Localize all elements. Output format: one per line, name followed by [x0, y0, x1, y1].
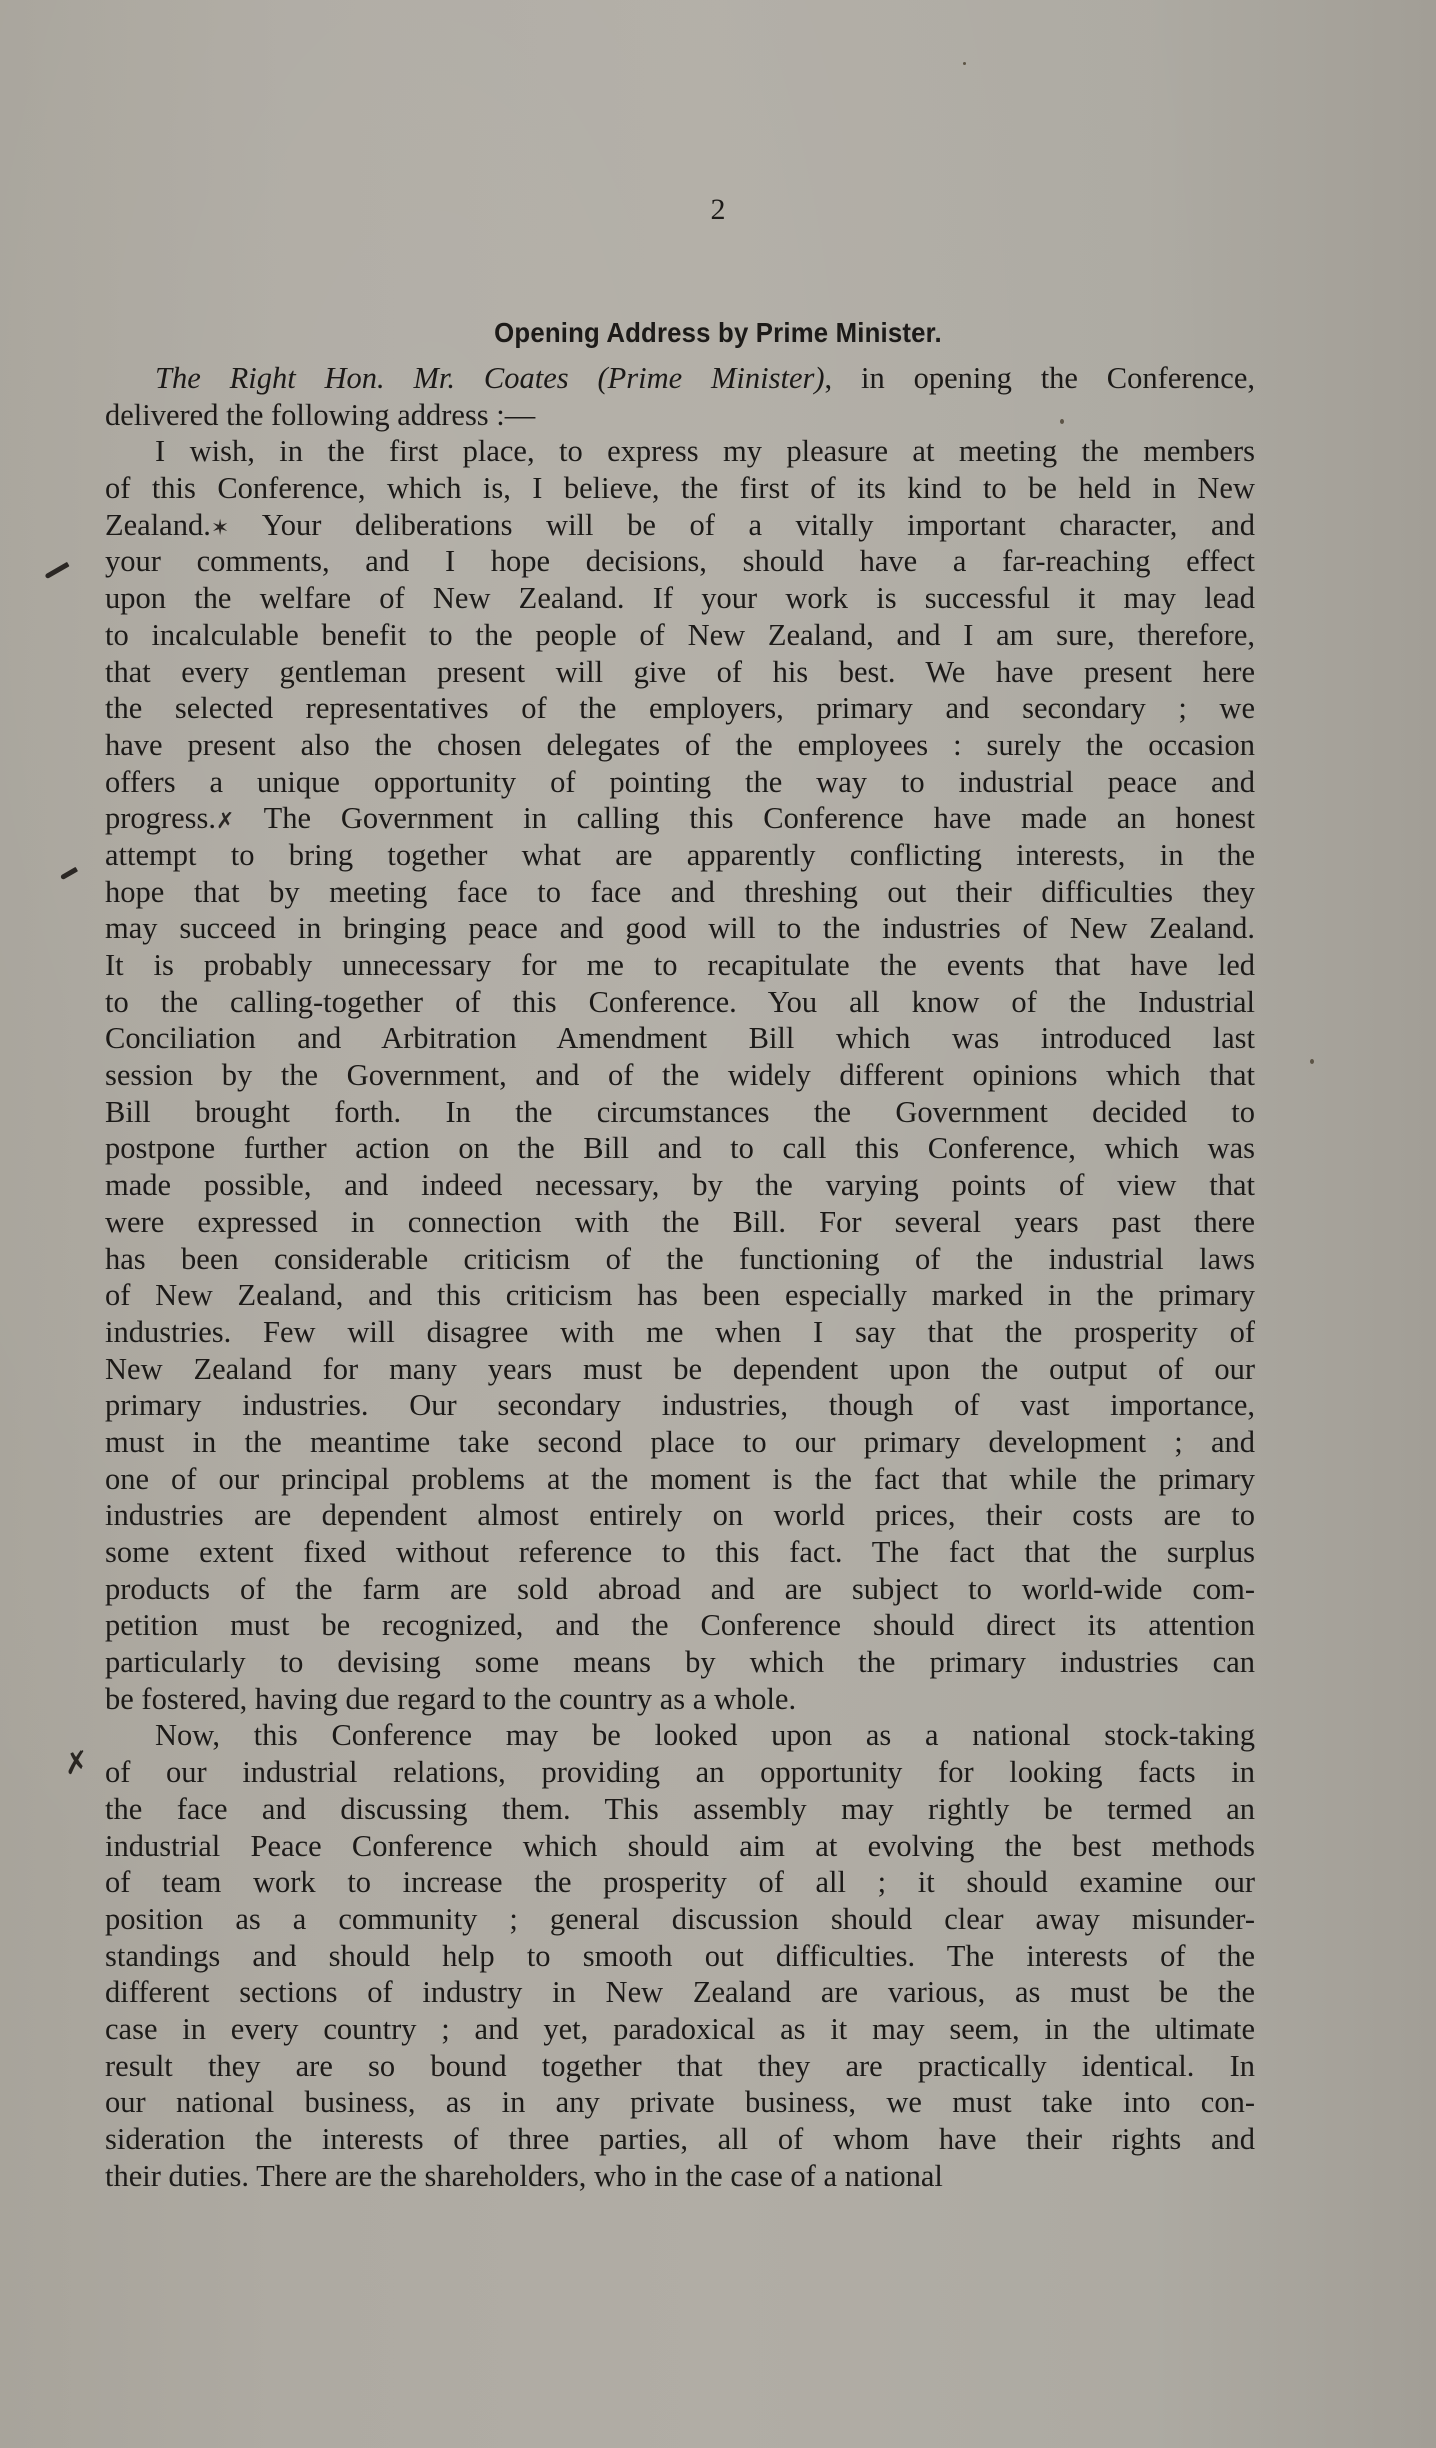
- text-line: made possible, and indeed necessary, by …: [105, 1167, 1255, 1204]
- text-line: the face and discussing them. This assem…: [105, 1791, 1255, 1828]
- paper-speck: [963, 62, 966, 65]
- text-line: of this Conference, which is, I believe,…: [105, 470, 1255, 507]
- text-line: upon the welfare of New Zealand. If your…: [105, 580, 1255, 617]
- text-line: that every gentleman present will give o…: [105, 654, 1255, 691]
- text-line: I wish, in the first place, to express m…: [105, 433, 1255, 470]
- pencil-inline-mark-icon: ✶: [211, 516, 229, 541]
- text-line: must in the meantime take second place t…: [105, 1424, 1255, 1461]
- text-line: their duties. There are the shareholders…: [105, 2158, 1255, 2195]
- text-line: Now, this Conference may be looked upon …: [105, 1717, 1255, 1754]
- pencil-tick-mark: [60, 867, 78, 880]
- text-line: position as a community ; general discus…: [105, 1901, 1255, 1938]
- text-line: different sections of industry in New Ze…: [105, 1974, 1255, 2011]
- text-line: has been considerable criticism of the f…: [105, 1241, 1255, 1278]
- text-line: the selected representatives of the empl…: [105, 690, 1255, 727]
- text-line: petition must be recognized, and the Con…: [105, 1607, 1255, 1644]
- paragraph-1: I wish, in the first place, to express m…: [105, 433, 1255, 1717]
- text-line: products of the farm are sold abroad and…: [105, 1571, 1255, 1608]
- text-line: have present also the chosen delegates o…: [105, 727, 1255, 764]
- text-line: one of our principal problems at the mom…: [105, 1461, 1255, 1498]
- text-line: sideration the interests of three partie…: [105, 2121, 1255, 2158]
- text-line: some extent fixed without reference to t…: [105, 1534, 1255, 1571]
- intro-line-1: The Right Hon. Mr. Coates (Prime Ministe…: [105, 360, 1255, 397]
- text-line: offers a unique opportunity of pointing …: [105, 764, 1255, 801]
- text-line: our national business, as in any private…: [105, 2084, 1255, 2121]
- text-line: attempt to bring together what are appar…: [105, 837, 1255, 874]
- intro-line-2: delivered the following address :—: [105, 397, 1255, 434]
- text-line: Bill brought forth. In the circumstances…: [105, 1094, 1255, 1131]
- text-line: postpone further action on the Bill and …: [105, 1130, 1255, 1167]
- text-line: of team work to increase the prosperity …: [105, 1864, 1255, 1901]
- text-line: industrial Peace Conference which should…: [105, 1828, 1255, 1865]
- text-line: industries. Few will disagree with me wh…: [105, 1314, 1255, 1351]
- text-line: Zealand.✶ Your deliberations will be of …: [105, 507, 1255, 544]
- pencil-tick-mark: [44, 562, 69, 579]
- intro-paragraph: The Right Hon. Mr. Coates (Prime Ministe…: [105, 360, 1255, 433]
- body-text: The Right Hon. Mr. Coates (Prime Ministe…: [105, 360, 1255, 2194]
- text-line: of New Zealand, and this criticism has b…: [105, 1277, 1255, 1314]
- text-line: Conciliation and Arbitration Amendment B…: [105, 1020, 1255, 1057]
- text-line: particularly to devising some means by w…: [105, 1644, 1255, 1681]
- speaker-name: The Right Hon. Mr. Coates (Prime Ministe…: [155, 361, 825, 395]
- paper-speck: [1060, 419, 1064, 424]
- paragraph-2: Now, this Conference may be looked upon …: [105, 1717, 1255, 2194]
- text-line: of our industrial relations, providing a…: [105, 1754, 1255, 1791]
- text-line: standings and should help to smooth out …: [105, 1938, 1255, 1975]
- pencil-inline-mark-icon: ✗: [216, 809, 234, 834]
- text-line: be fostered, having due regard to the co…: [105, 1681, 1255, 1718]
- page-number: 2: [0, 192, 1436, 228]
- text-line: primary industries. Our secondary indust…: [105, 1387, 1255, 1424]
- text-line: case in every country ; and yet, paradox…: [105, 2011, 1255, 2048]
- text-line: New Zealand for many years must be depen…: [105, 1351, 1255, 1388]
- text-line: to the calling-together of this Conferen…: [105, 984, 1255, 1021]
- text-line: session by the Government, and of the wi…: [105, 1057, 1255, 1094]
- text-line: may succeed in bringing peace and good w…: [105, 910, 1255, 947]
- text-line: hope that by meeting face to face and th…: [105, 874, 1255, 911]
- text-line: progress.✗ The Government in calling thi…: [105, 800, 1255, 837]
- paper-speck: [1310, 1059, 1314, 1064]
- text-line: industries are dependent almost entirely…: [105, 1497, 1255, 1534]
- text-line: were expressed in connection with the Bi…: [105, 1204, 1255, 1241]
- section-heading: Opening Address by Prime Minister.: [57, 314, 1378, 352]
- document-page: 2 Opening Address by Prime Minister. The…: [0, 0, 1436, 2448]
- text-line: It is probably unnecessary for me to rec…: [105, 947, 1255, 984]
- text-line: result they are so bound together that t…: [105, 2048, 1255, 2085]
- text-line: your comments, and I hope decisions, sho…: [105, 543, 1255, 580]
- pencil-cross-mark: ✗: [62, 1747, 91, 1780]
- text-line: to incalculable benefit to the people of…: [105, 617, 1255, 654]
